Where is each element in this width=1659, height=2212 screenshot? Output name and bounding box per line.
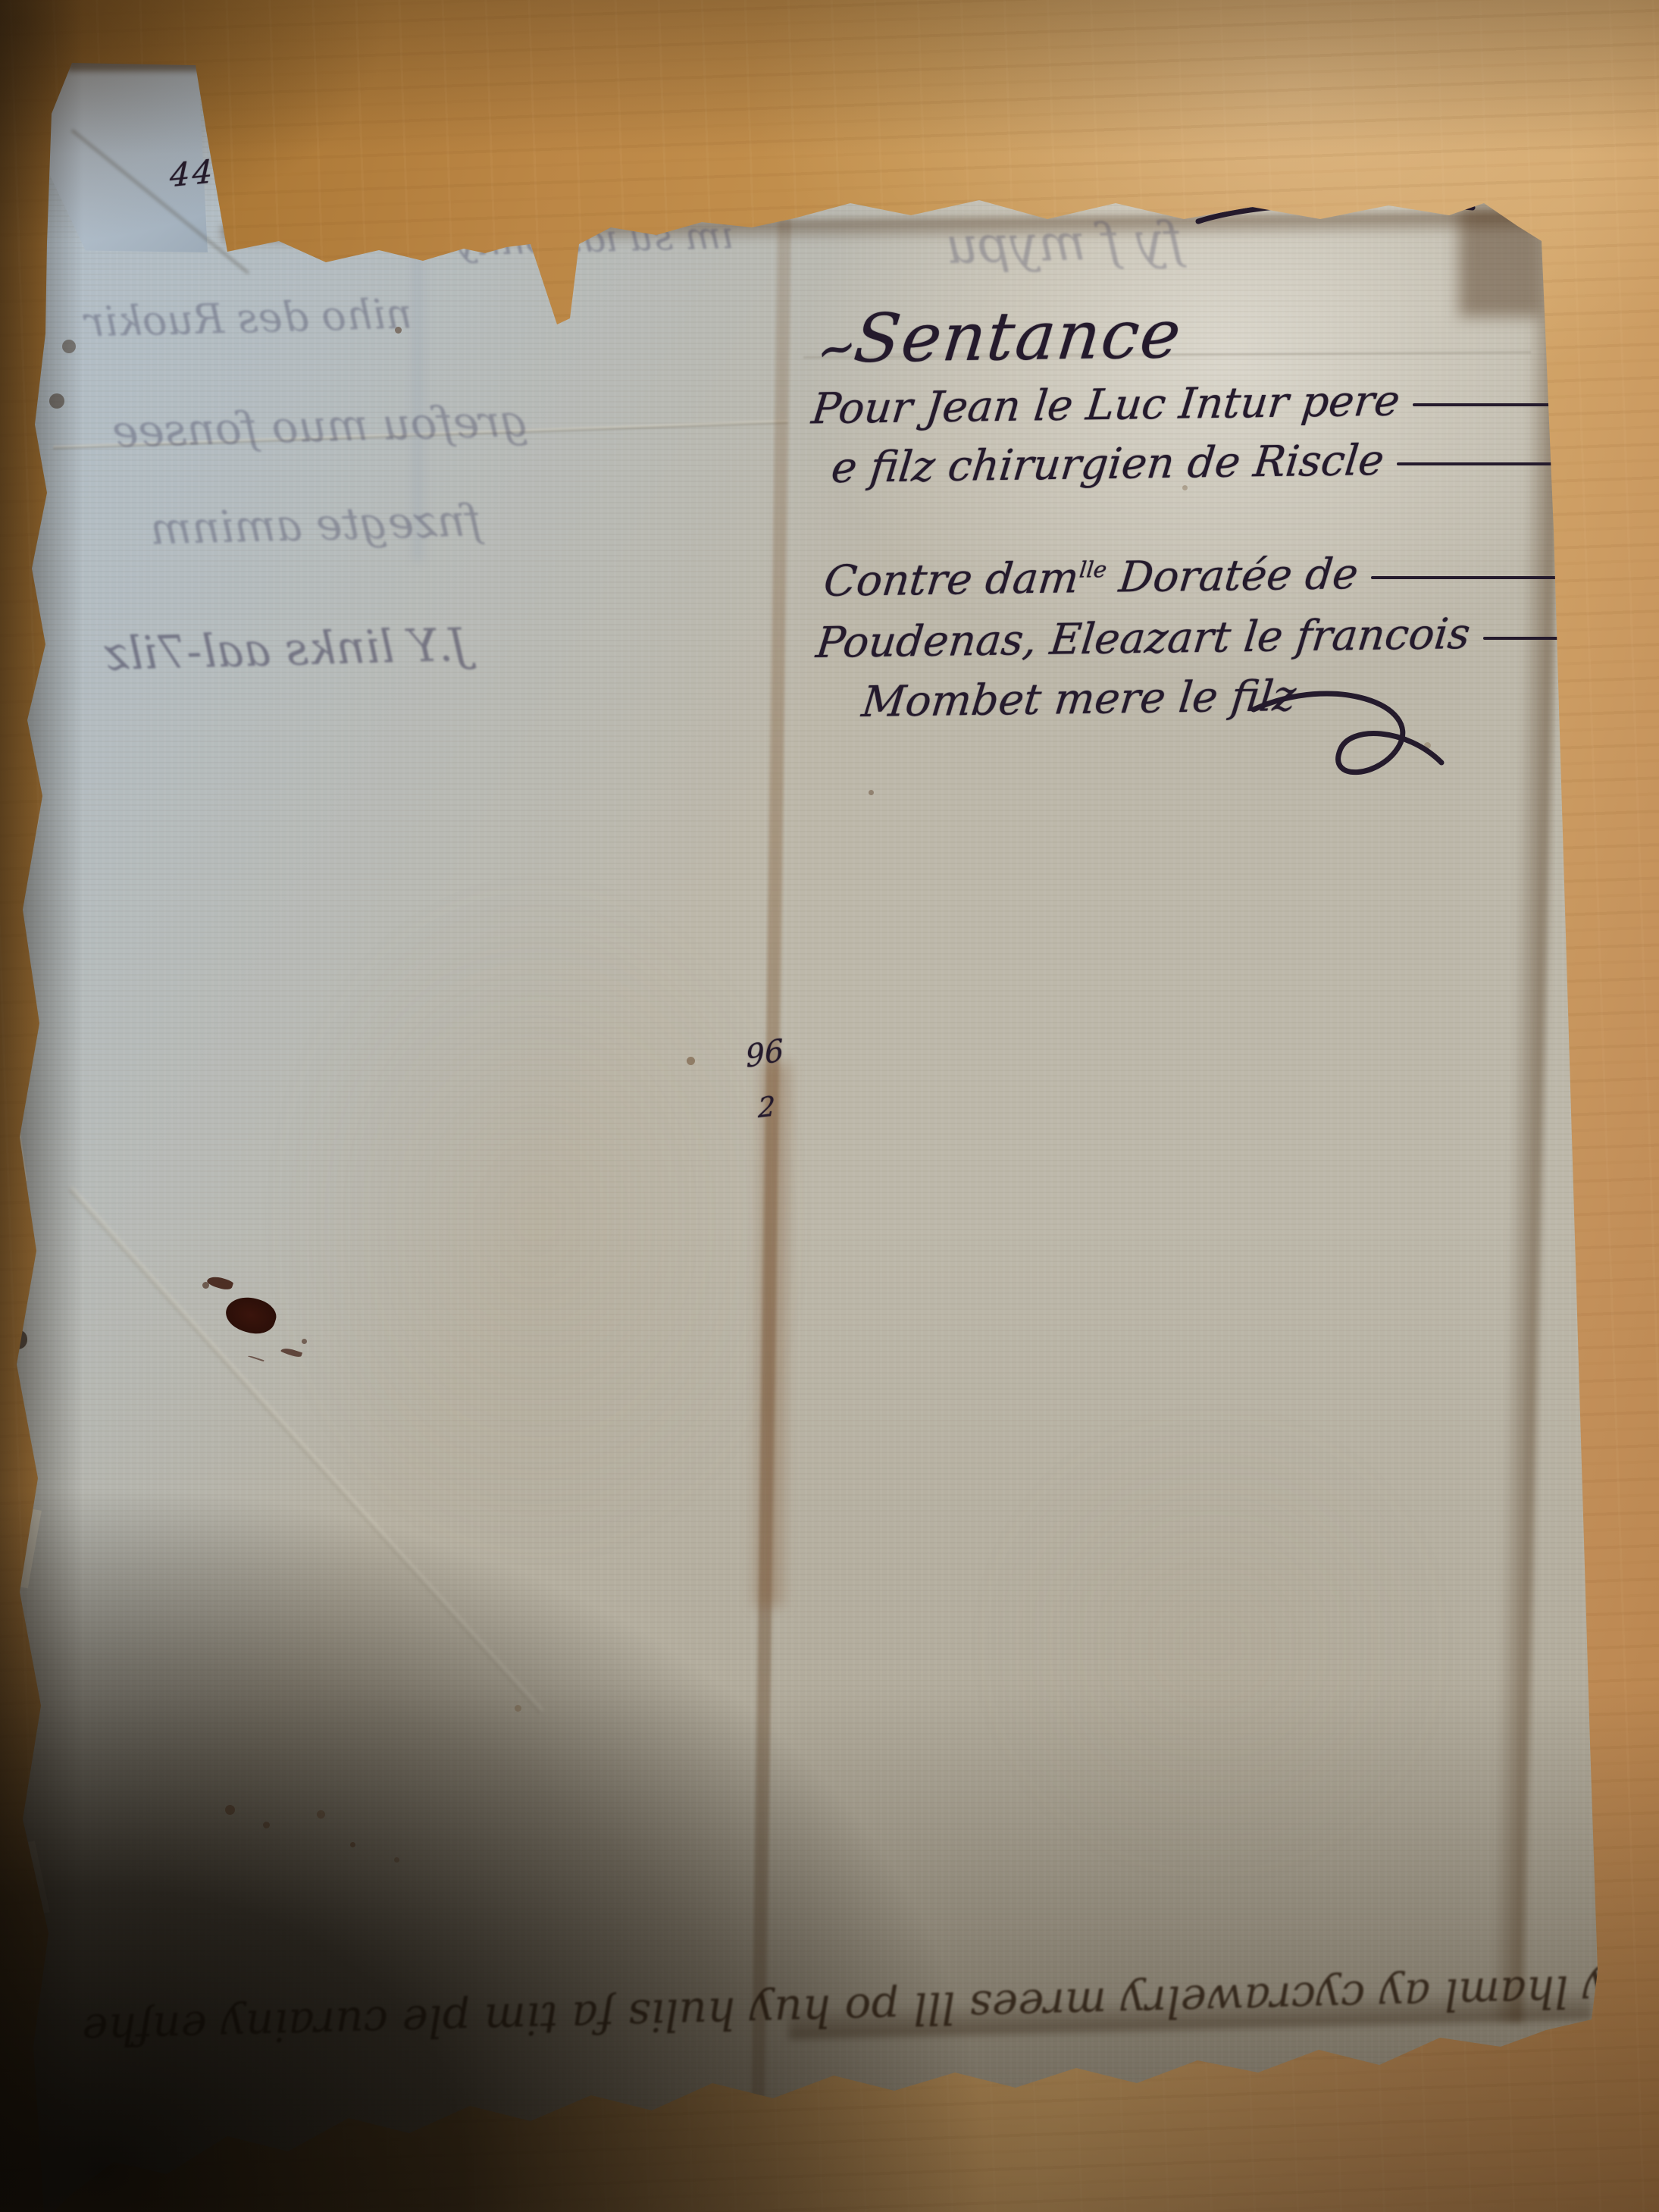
superscript-lle: lle (1078, 556, 1109, 582)
water-stain (970, 1402, 1455, 1888)
showthrough-line: grefou muo fonsee (111, 395, 529, 457)
party-against-line-3: Mombet mere le filz (862, 675, 1295, 724)
showthrough-line: fnzegte aminm (149, 494, 482, 554)
party-for-line-2: e filz chirurgien de Riscle (832, 440, 1624, 489)
folio-mark: 96 (743, 1033, 787, 1074)
folio-mark: 2 (756, 1092, 777, 1124)
showthrough-line: J.Y links aal-7ilz (104, 619, 468, 681)
water-stain (265, 872, 811, 1569)
showthrough-line: niho des Ruokir (84, 290, 412, 346)
party-against-line-1: Contre damlle Doratée de (825, 553, 1614, 603)
manuscript-page: im su ids pnny niho des Ruokir fy f mypu… (0, 0, 1659, 2212)
party-for-line-1: Pour Jean le Luc Intur pere (812, 381, 1610, 430)
closing-flourish (1243, 684, 1470, 797)
document-title: Sentance (855, 297, 1182, 375)
showthrough-under-date: fy f mypu (945, 211, 1184, 275)
party-against-line-2: Poudenas, Eleazart le francois (817, 614, 1659, 663)
photo-stage: im su ids pnny niho des Ruokir fy f mypu… (0, 0, 1659, 2212)
